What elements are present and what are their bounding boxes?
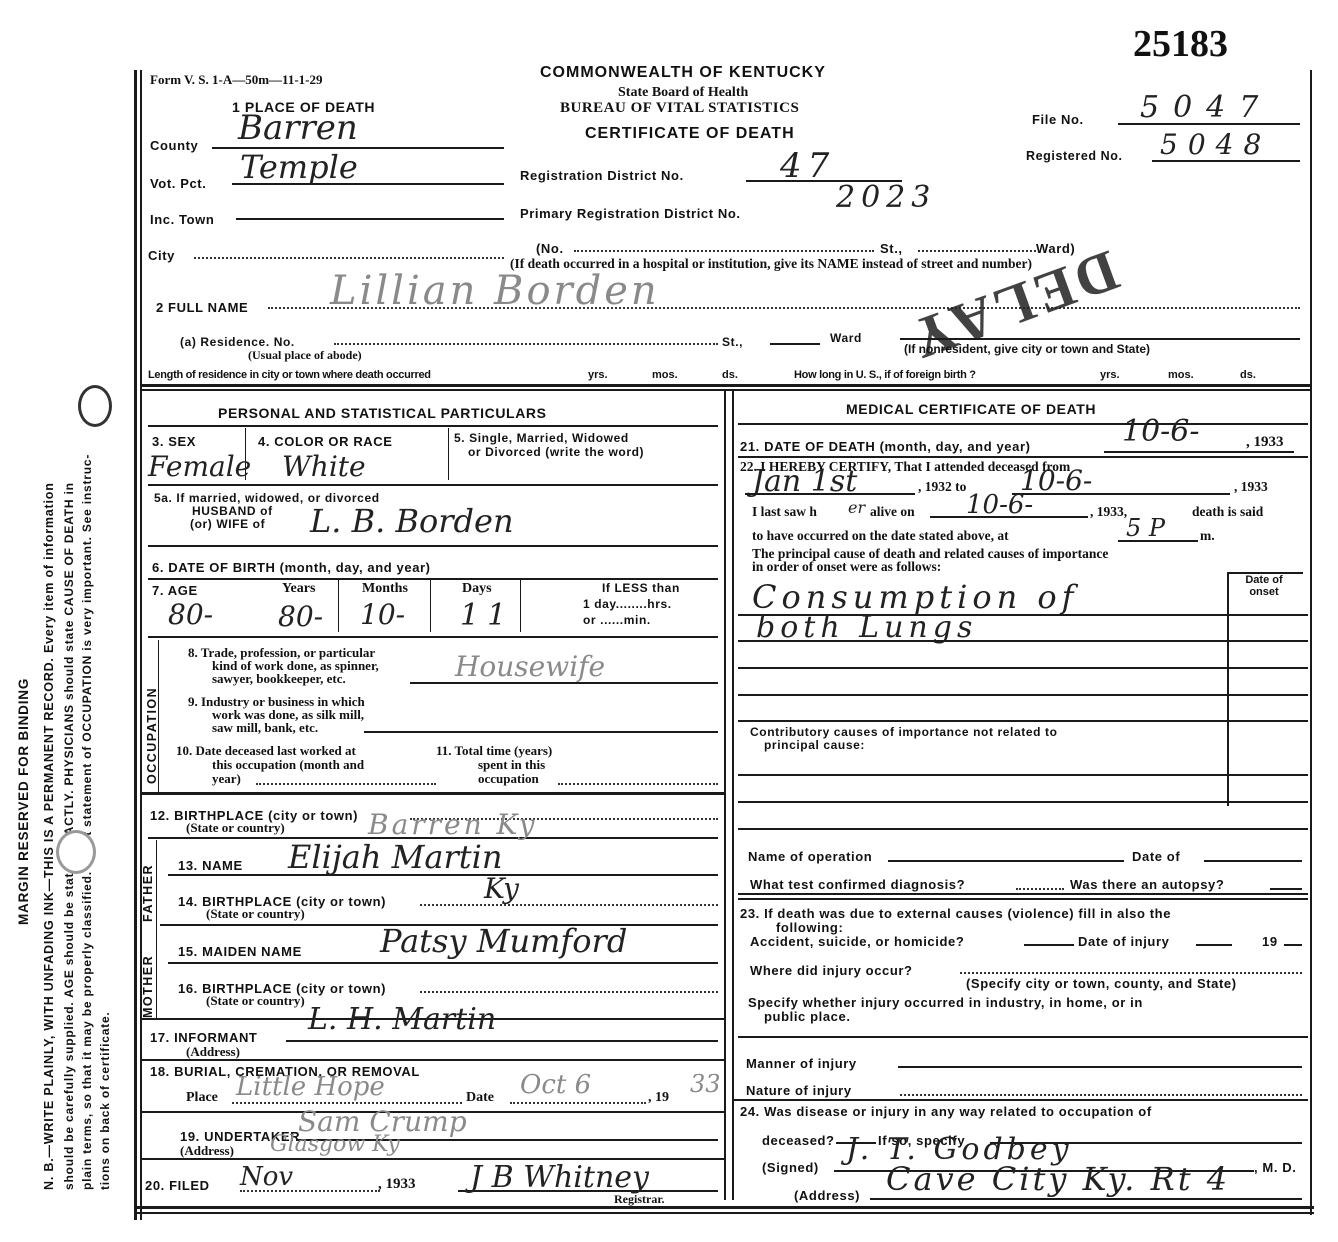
file-no-value[interactable]: 5047 — [1140, 90, 1272, 125]
instructions-line-4: tions on back of certificate. — [98, 1011, 112, 1190]
external-label-2: following: — [776, 920, 843, 935]
dob-label: 6. DATE OF BIRTH (month, day, and year) — [152, 560, 431, 575]
column-divider — [724, 390, 726, 1200]
inc-town-label: Inc. Town — [150, 212, 214, 227]
spouse-label-2: HUSBAND of — [192, 504, 273, 518]
cell-divider — [448, 428, 449, 480]
manner-line — [898, 1066, 1302, 1068]
row-line — [738, 1036, 1308, 1038]
binding-margin-label: MARGIN RESERVED FOR BINDING — [16, 678, 31, 925]
registrar-label: Registrar. — [614, 1192, 665, 1207]
length-yrs: yrs. — [588, 369, 608, 381]
form-id: Form V. S. 1-A—50m—11-1-29 — [150, 72, 323, 88]
punch-hole-top — [78, 385, 112, 427]
father-name-value[interactable]: Elijah Martin — [288, 838, 502, 876]
nonresident-note: (If nonresident, give city or town and S… — [904, 342, 1150, 356]
foreign-yrs: yrs. — [1100, 369, 1120, 381]
street-line — [918, 250, 1036, 252]
nature-label: Nature of injury — [746, 1083, 852, 1098]
days-label: Days — [462, 581, 492, 597]
residence-line — [334, 343, 718, 345]
length-ds: ds. — [722, 369, 738, 381]
industry-line — [364, 731, 718, 733]
board-title: State Board of Health — [618, 85, 748, 101]
column-divider-2 — [732, 390, 734, 1200]
mother-side-label: MOTHER — [141, 955, 155, 1018]
onset-column-divider — [1227, 572, 1229, 806]
external-label-1: 23. If death was due to external causes … — [740, 906, 1171, 921]
marital-label-2: or Divorced (write the word) — [468, 445, 644, 459]
where-injury-line — [960, 972, 1302, 974]
section-divider — [140, 384, 1310, 387]
filed-month-value[interactable]: Nov — [240, 1162, 293, 1192]
cell-divider — [338, 580, 339, 632]
cause-row-line — [738, 694, 1308, 696]
operation-label: Name of operation — [748, 849, 872, 864]
injury-date-label: Date of injury — [1078, 934, 1169, 949]
m-label: m. — [1200, 528, 1215, 544]
sex-value[interactable]: Female — [148, 450, 251, 483]
occupation-side-label: OCCUPATION — [145, 687, 159, 784]
injury-year-line — [1284, 944, 1302, 946]
age-label: 7. AGE — [152, 583, 198, 598]
parents-bracket — [156, 840, 157, 1020]
specify-label-2: public place. — [764, 1009, 851, 1024]
age-months-value[interactable]: 10- — [360, 598, 405, 631]
father-birthplace-value[interactable]: Ky — [484, 872, 519, 905]
certificate-stamp-number: 25183 — [1133, 22, 1228, 66]
instructions-line-1: N. B.—WRITE PLAINLY, WITH UNFADING INK—T… — [42, 482, 56, 1190]
last-saw-her[interactable]: er — [848, 498, 865, 517]
registered-no-label: Registered No. — [1026, 149, 1123, 163]
dod-value[interactable]: 10-6- — [1122, 414, 1200, 449]
undertaker-sub: (Address) — [180, 1143, 234, 1159]
contributory-label-2: principal cause: — [764, 738, 865, 752]
death-said-label: death is said — [1192, 504, 1263, 520]
contributory-label-1: Contributory causes of importance not re… — [750, 725, 1058, 739]
foreign-ds: ds. — [1240, 369, 1256, 381]
manner-label: Manner of injury — [746, 1056, 857, 1071]
contributory-row-line — [738, 801, 1308, 803]
operation-line — [888, 860, 1124, 862]
cell-divider — [520, 580, 521, 632]
less-than-label-3: or ......min. — [583, 613, 651, 627]
time-value[interactable]: 5 P — [1126, 514, 1165, 542]
years-label: Years — [282, 581, 315, 597]
certificate-title: CERTIFICATE OF DEATH — [585, 125, 795, 143]
residence-street-line — [770, 343, 820, 345]
last-worked-line — [256, 783, 436, 785]
to-year: , 1933 — [1234, 479, 1268, 495]
occurred-label: to have occurred on the date stated abov… — [752, 528, 1009, 544]
burial-date-value[interactable]: Oct 6 — [520, 1070, 591, 1100]
accident-line — [1024, 944, 1074, 946]
street-no-label: (No. — [536, 241, 564, 256]
burial-year-prefix: , 19 — [648, 1090, 669, 1106]
residence-sub: (Usual place of abode) — [248, 348, 362, 363]
less-than-label-1: If LESS than — [602, 581, 680, 595]
industry-label-3: saw mill, bank, etc. — [212, 720, 318, 736]
trade-value[interactable]: Housewife — [455, 650, 605, 683]
from-year: , 1932 to — [918, 479, 966, 495]
city-label: City — [148, 248, 175, 263]
row-line — [738, 423, 1308, 425]
registration-district-value[interactable]: 47 — [780, 146, 835, 186]
row-line — [148, 578, 718, 580]
specify-label-1: Specify whether injury occurred in indus… — [748, 995, 1143, 1010]
row-line — [738, 893, 1308, 895]
foreign-birth-label: How long in U. S., if of foreign birth ? — [794, 369, 976, 381]
filed-label: 20. FILED — [145, 1178, 210, 1193]
informant-line — [286, 1040, 718, 1042]
informant-sub: (Address) — [186, 1044, 240, 1060]
length-mos: mos. — [652, 369, 678, 381]
mother-maiden-value[interactable]: Patsy Mumford — [380, 922, 627, 960]
registered-no-value[interactable]: 5048 — [1160, 128, 1271, 161]
father-name-label: 13. NAME — [178, 858, 243, 873]
injury-year: 19 — [1262, 934, 1278, 949]
row-line — [148, 636, 718, 638]
father-side-label: FATHER — [141, 864, 155, 922]
last-worked-label-3: year) — [212, 771, 241, 787]
race-value[interactable]: White — [282, 450, 366, 483]
burial-date-line — [510, 1102, 646, 1104]
undertaker-address-value[interactable]: Glasgow Ky — [270, 1132, 400, 1157]
onset-label: Date of onset — [1234, 574, 1294, 598]
spouse-label-3: (or) WIFE of — [190, 517, 265, 531]
burial-year-value[interactable]: 33 — [690, 1070, 721, 1098]
file-no-label: File No. — [1032, 112, 1084, 127]
street-no-line — [574, 250, 874, 252]
sex-label: 3. SEX — [152, 434, 196, 449]
burial-date-label: Date — [466, 1090, 494, 1106]
test-line — [1016, 888, 1064, 890]
street-label: St., — [880, 241, 903, 256]
signed-label: (Signed) — [762, 1160, 819, 1175]
father-birthplace-line — [420, 904, 718, 906]
last-saw-label: I last saw h — [752, 504, 817, 520]
mother-maiden-line — [168, 962, 718, 964]
burial-place-line — [232, 1102, 462, 1104]
md-label: , M. D. — [1254, 1160, 1296, 1175]
physician-address-value[interactable]: Cave City Ky. Rt 4 — [886, 1160, 1230, 1198]
registrar-signature[interactable]: J B Whitney — [470, 1160, 649, 1195]
residence-street-label: St., — [722, 335, 743, 349]
margin-rule-inner — [140, 70, 142, 1220]
bureau-title: BUREAU OF VITAL STATISTICS — [560, 100, 799, 117]
occupation-question-2: deceased? — [762, 1133, 835, 1148]
contributory-row-line — [738, 774, 1308, 776]
spouse-value[interactable]: L. B. Borden — [310, 502, 514, 540]
last-saw-value[interactable]: 10-6- — [966, 490, 1033, 520]
row-line — [738, 456, 1308, 458]
personal-section-title: PERSONAL AND STATISTICAL PARTICULARS — [218, 405, 547, 421]
row-line — [148, 425, 718, 427]
vot-pct-label: Vot. Pct. — [150, 176, 206, 191]
inc-town-line — [236, 218, 504, 220]
dod-year: , 1933 — [1246, 434, 1284, 451]
margin-rule — [134, 70, 137, 1220]
age-years-value[interactable]: 80- — [278, 600, 323, 633]
row-line — [148, 545, 718, 547]
less-than-label-2: 1 day........hrs. — [583, 597, 672, 611]
right-border — [1310, 70, 1312, 1215]
primary-registration-value[interactable]: 2023 — [836, 180, 936, 215]
attended-from-line — [745, 493, 915, 495]
burial-place-value[interactable]: Little Hope — [236, 1072, 385, 1102]
residence-label: (a) Residence. No. — [180, 335, 295, 349]
birthplace-value[interactable]: Barren Ky — [368, 808, 538, 841]
medical-section-title: MEDICAL CERTIFICATE OF DEATH — [846, 401, 1096, 417]
mother-maiden-label: 15. MAIDEN NAME — [178, 944, 302, 959]
full-name-value[interactable]: Lillian Borden — [330, 268, 660, 314]
row-line — [148, 484, 718, 486]
bottom-border-2 — [134, 1212, 1314, 1214]
where-injury-label: Where did injury occur? — [750, 963, 913, 978]
age-days-value[interactable]: 11 — [460, 598, 514, 633]
trade-label-3: sawyer, bookkeeper, etc. — [212, 671, 346, 687]
burial-place-label: Place — [186, 1090, 218, 1106]
residence-ward-label: Ward — [830, 331, 862, 345]
row-line — [140, 1059, 724, 1061]
accident-label: Accident, suicide, or homicide? — [750, 934, 964, 949]
registration-district-label: Registration District No. — [520, 168, 684, 183]
county-label: County — [150, 138, 198, 153]
informant-value[interactable]: L. H. Martin — [308, 1002, 496, 1037]
father-birthplace-sub: (State or country) — [206, 906, 305, 922]
informant-label: 17. INFORMANT — [150, 1030, 257, 1045]
alive-on-label: alive on — [870, 504, 915, 520]
bottom-border — [134, 1206, 1314, 1209]
length-of-residence-label: Length of residence in city or town wher… — [148, 369, 431, 381]
nature-line — [900, 1094, 1302, 1096]
autopsy-line — [1270, 888, 1302, 890]
cell-divider — [430, 580, 431, 632]
primary-registration-label: Primary Registration District No. — [520, 206, 741, 221]
row-line — [140, 792, 724, 795]
row-line-2 — [738, 898, 1308, 900]
row-line — [734, 1099, 1308, 1101]
filed-year: , 1933 — [378, 1176, 416, 1193]
physician-address-label: (Address) — [794, 1188, 860, 1203]
dod-line — [1104, 451, 1294, 453]
full-name-label: 2 FULL NAME — [156, 300, 248, 315]
commonwealth-title: COMMONWEALTH OF KENTUCKY — [540, 64, 826, 82]
date-of-line — [1204, 860, 1302, 862]
occupation-question-1: 24. Was disease or injury in any way rel… — [740, 1104, 1152, 1119]
contributory-row-line — [738, 828, 1308, 830]
last-saw-year: , 1933, — [1090, 504, 1127, 520]
city-line — [194, 257, 504, 259]
months-label: Months — [362, 581, 408, 597]
where-injury-sub: (Specify city or town, county, and State… — [966, 976, 1237, 991]
physician-address-line — [870, 1198, 1302, 1200]
marital-label-1: 5. Single, Married, Widowed — [454, 431, 629, 445]
vot-pct-value[interactable]: Temple — [240, 148, 358, 186]
mother-birthplace-sub: (State or country) — [206, 993, 305, 1009]
injury-date-line — [1196, 944, 1232, 946]
race-label: 4. COLOR OR RACE — [258, 434, 393, 449]
cause-intro-2: in order of onset were as follows: — [752, 559, 941, 575]
cause-row-line — [738, 667, 1308, 669]
date-of-label: Date of — [1132, 849, 1180, 864]
total-time-label-3: occupation — [478, 771, 539, 787]
instructions-line-3: plain terms, so that it may be properly … — [80, 454, 94, 1190]
cause-row-line — [738, 720, 1308, 722]
residence-ward-line — [900, 338, 1300, 340]
foreign-mos: mos. — [1168, 369, 1194, 381]
autopsy-label: Was there an autopsy? — [1070, 877, 1224, 892]
total-time-line — [558, 783, 718, 785]
mother-birthplace-line — [420, 991, 718, 993]
age-value[interactable]: 80- — [168, 598, 213, 631]
birthplace-sub: (State or country) — [186, 820, 285, 836]
test-label: What test confirmed diagnosis? — [750, 877, 965, 892]
punch-hole-bottom — [56, 830, 96, 874]
dod-label: 21. DATE OF DEATH (month, day, and year) — [740, 439, 1031, 454]
county-value[interactable]: Barren — [238, 108, 358, 148]
cause-row-line — [738, 640, 1308, 642]
